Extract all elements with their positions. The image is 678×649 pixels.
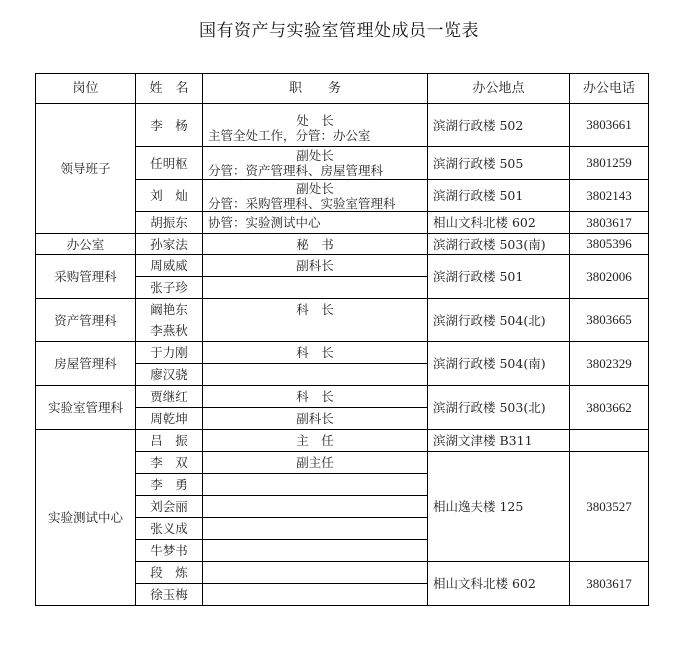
title-text: 处 长 [203, 113, 427, 128]
name-cell: 廖汉骁 [136, 364, 203, 386]
name-cell: 贾继红 [136, 386, 203, 408]
header-phone: 办公电话 [570, 74, 649, 104]
title-cell: 科 长 [203, 386, 428, 408]
location-cell: 滨湖行政楼 504(南) [428, 342, 570, 386]
phone-cell [570, 430, 649, 452]
title-cell: 副科长 [203, 255, 428, 277]
phone-cell: 3802329 [570, 342, 649, 386]
header-position: 岗位 [36, 74, 136, 104]
department-cell: 实验测试中心 [36, 430, 136, 606]
table-row: 采购管理科 周威威 副科长 滨湖行政楼 501 3802006 [36, 255, 649, 277]
phone-cell: 3803617 [570, 562, 649, 606]
location-cell: 滨湖行政楼 502 [428, 104, 570, 147]
title-text: 副处长 [203, 181, 427, 196]
duty-cell: 副处长 分管：资产管理科、房屋管理科 [203, 147, 428, 180]
name-cell: 张义成 [136, 518, 203, 540]
location-cell: 滨湖行政楼 504(北) [428, 299, 570, 342]
staff-table: 岗位 姓 名 职 务 办公地点 办公电话 领导班子 李 杨 处 长 主管全处工作… [35, 73, 649, 606]
header-duty: 职 务 [203, 74, 428, 104]
table-header-row: 岗位 姓 名 职 务 办公地点 办公电话 [36, 74, 649, 104]
location-cell: 滨湖行政楼 505 [428, 147, 570, 180]
location-cell: 滨湖行政楼 503(南) [428, 234, 570, 255]
title-text: 副处长 [203, 148, 427, 163]
table-row: 领导班子 李 杨 处 长 主管全处工作，分管：办公室 滨湖行政楼 502 380… [36, 104, 649, 147]
location-cell: 滨湖行政楼 501 [428, 255, 570, 299]
header-name: 姓 名 [136, 74, 203, 104]
location-cell: 相山文科北楼 602 [428, 212, 570, 234]
department-cell: 房屋管理科 [36, 342, 136, 386]
department-cell: 资产管理科 [36, 299, 136, 342]
table-row: 办公室 孙家法 秘 书 滨湖行政楼 503(南) 3805396 [36, 234, 649, 255]
name-cell: 张子珍 [136, 277, 203, 299]
name-cell: 胡振东 [136, 212, 203, 234]
title-cell: 科 长 [203, 342, 428, 364]
title-cell: 科 长 [203, 299, 428, 321]
department-cell: 采购管理科 [36, 255, 136, 299]
title-cell: 秘 书 [203, 234, 428, 255]
phone-cell: 3803527 [570, 452, 649, 562]
name-cell: 吕 振 [136, 430, 203, 452]
name-cell: 李 勇 [136, 474, 203, 496]
phone-cell: 3805396 [570, 234, 649, 255]
duty-cell: 协管：实验测试中心 [203, 212, 428, 234]
name-cell: 刘 灿 [136, 180, 203, 212]
title-cell: 副主任 [203, 452, 428, 474]
duty-text: 分管：采购管理科、实验室管理科 [203, 196, 427, 211]
name-cell: 阚艳东 [136, 299, 203, 321]
phone-cell: 3803662 [570, 386, 649, 430]
name-cell: 任明枢 [136, 147, 203, 180]
department-cell: 实验室管理科 [36, 386, 136, 430]
table-row: 实验室管理科 贾继红 科 长 滨湖行政楼 503(北) 3803662 [36, 386, 649, 408]
title-cell [203, 584, 428, 606]
table-row: 房屋管理科 于力刚 科 长 滨湖行政楼 504(南) 3802329 [36, 342, 649, 364]
department-cell: 领导班子 [36, 104, 136, 234]
name-cell: 段 炼 [136, 562, 203, 584]
title-cell [203, 496, 428, 518]
phone-cell: 3803665 [570, 299, 649, 342]
title-cell [203, 540, 428, 562]
title-cell: 副科长 [203, 408, 428, 430]
phone-cell: 3803661 [570, 104, 649, 147]
table-row: 实验测试中心 吕 振 主 任 滨湖文津楼 B311 [36, 430, 649, 452]
location-cell: 相山文科北楼 602 [428, 562, 570, 606]
location-cell: 滨湖行政楼 503(北) [428, 386, 570, 430]
name-cell: 周乾坤 [136, 408, 203, 430]
location-cell: 滨湖文津楼 B311 [428, 430, 570, 452]
name-cell: 周威威 [136, 255, 203, 277]
table-row: 资产管理科 阚艳东 科 长 滨湖行政楼 504(北) 3803665 [36, 299, 649, 321]
header-location: 办公地点 [428, 74, 570, 104]
duty-text: 分管：资产管理科、房屋管理科 [203, 163, 427, 178]
title-cell [203, 518, 428, 540]
duty-cell: 副处长 分管：采购管理科、实验室管理科 [203, 180, 428, 212]
document-title: 国有资产与实验室管理处成员一览表 [0, 16, 678, 41]
name-cell: 李 杨 [136, 104, 203, 147]
duty-cell: 处 长 主管全处工作，分管：办公室 [203, 104, 428, 147]
phone-cell: 3802006 [570, 255, 649, 299]
title-cell [203, 320, 428, 342]
department-cell: 办公室 [36, 234, 136, 255]
location-cell: 滨湖行政楼 501 [428, 180, 570, 212]
name-cell: 孙家法 [136, 234, 203, 255]
location-cell: 相山逸夫楼 125 [428, 452, 570, 562]
phone-cell: 3801259 [570, 147, 649, 180]
name-cell: 李 双 [136, 452, 203, 474]
duty-text: 主管全处工作，分管：办公室 [203, 128, 427, 143]
title-cell: 主 任 [203, 430, 428, 452]
phone-cell: 3802143 [570, 180, 649, 212]
title-cell [203, 474, 428, 496]
name-cell: 徐玉梅 [136, 584, 203, 606]
name-cell: 于力刚 [136, 342, 203, 364]
duty-text: 协管：实验测试中心 [203, 215, 427, 230]
name-cell: 牛梦书 [136, 540, 203, 562]
phone-cell: 3803617 [570, 212, 649, 234]
name-cell: 刘会丽 [136, 496, 203, 518]
title-cell [203, 277, 428, 299]
title-cell [203, 364, 428, 386]
name-cell: 李燕秋 [136, 320, 203, 342]
title-cell [203, 562, 428, 584]
